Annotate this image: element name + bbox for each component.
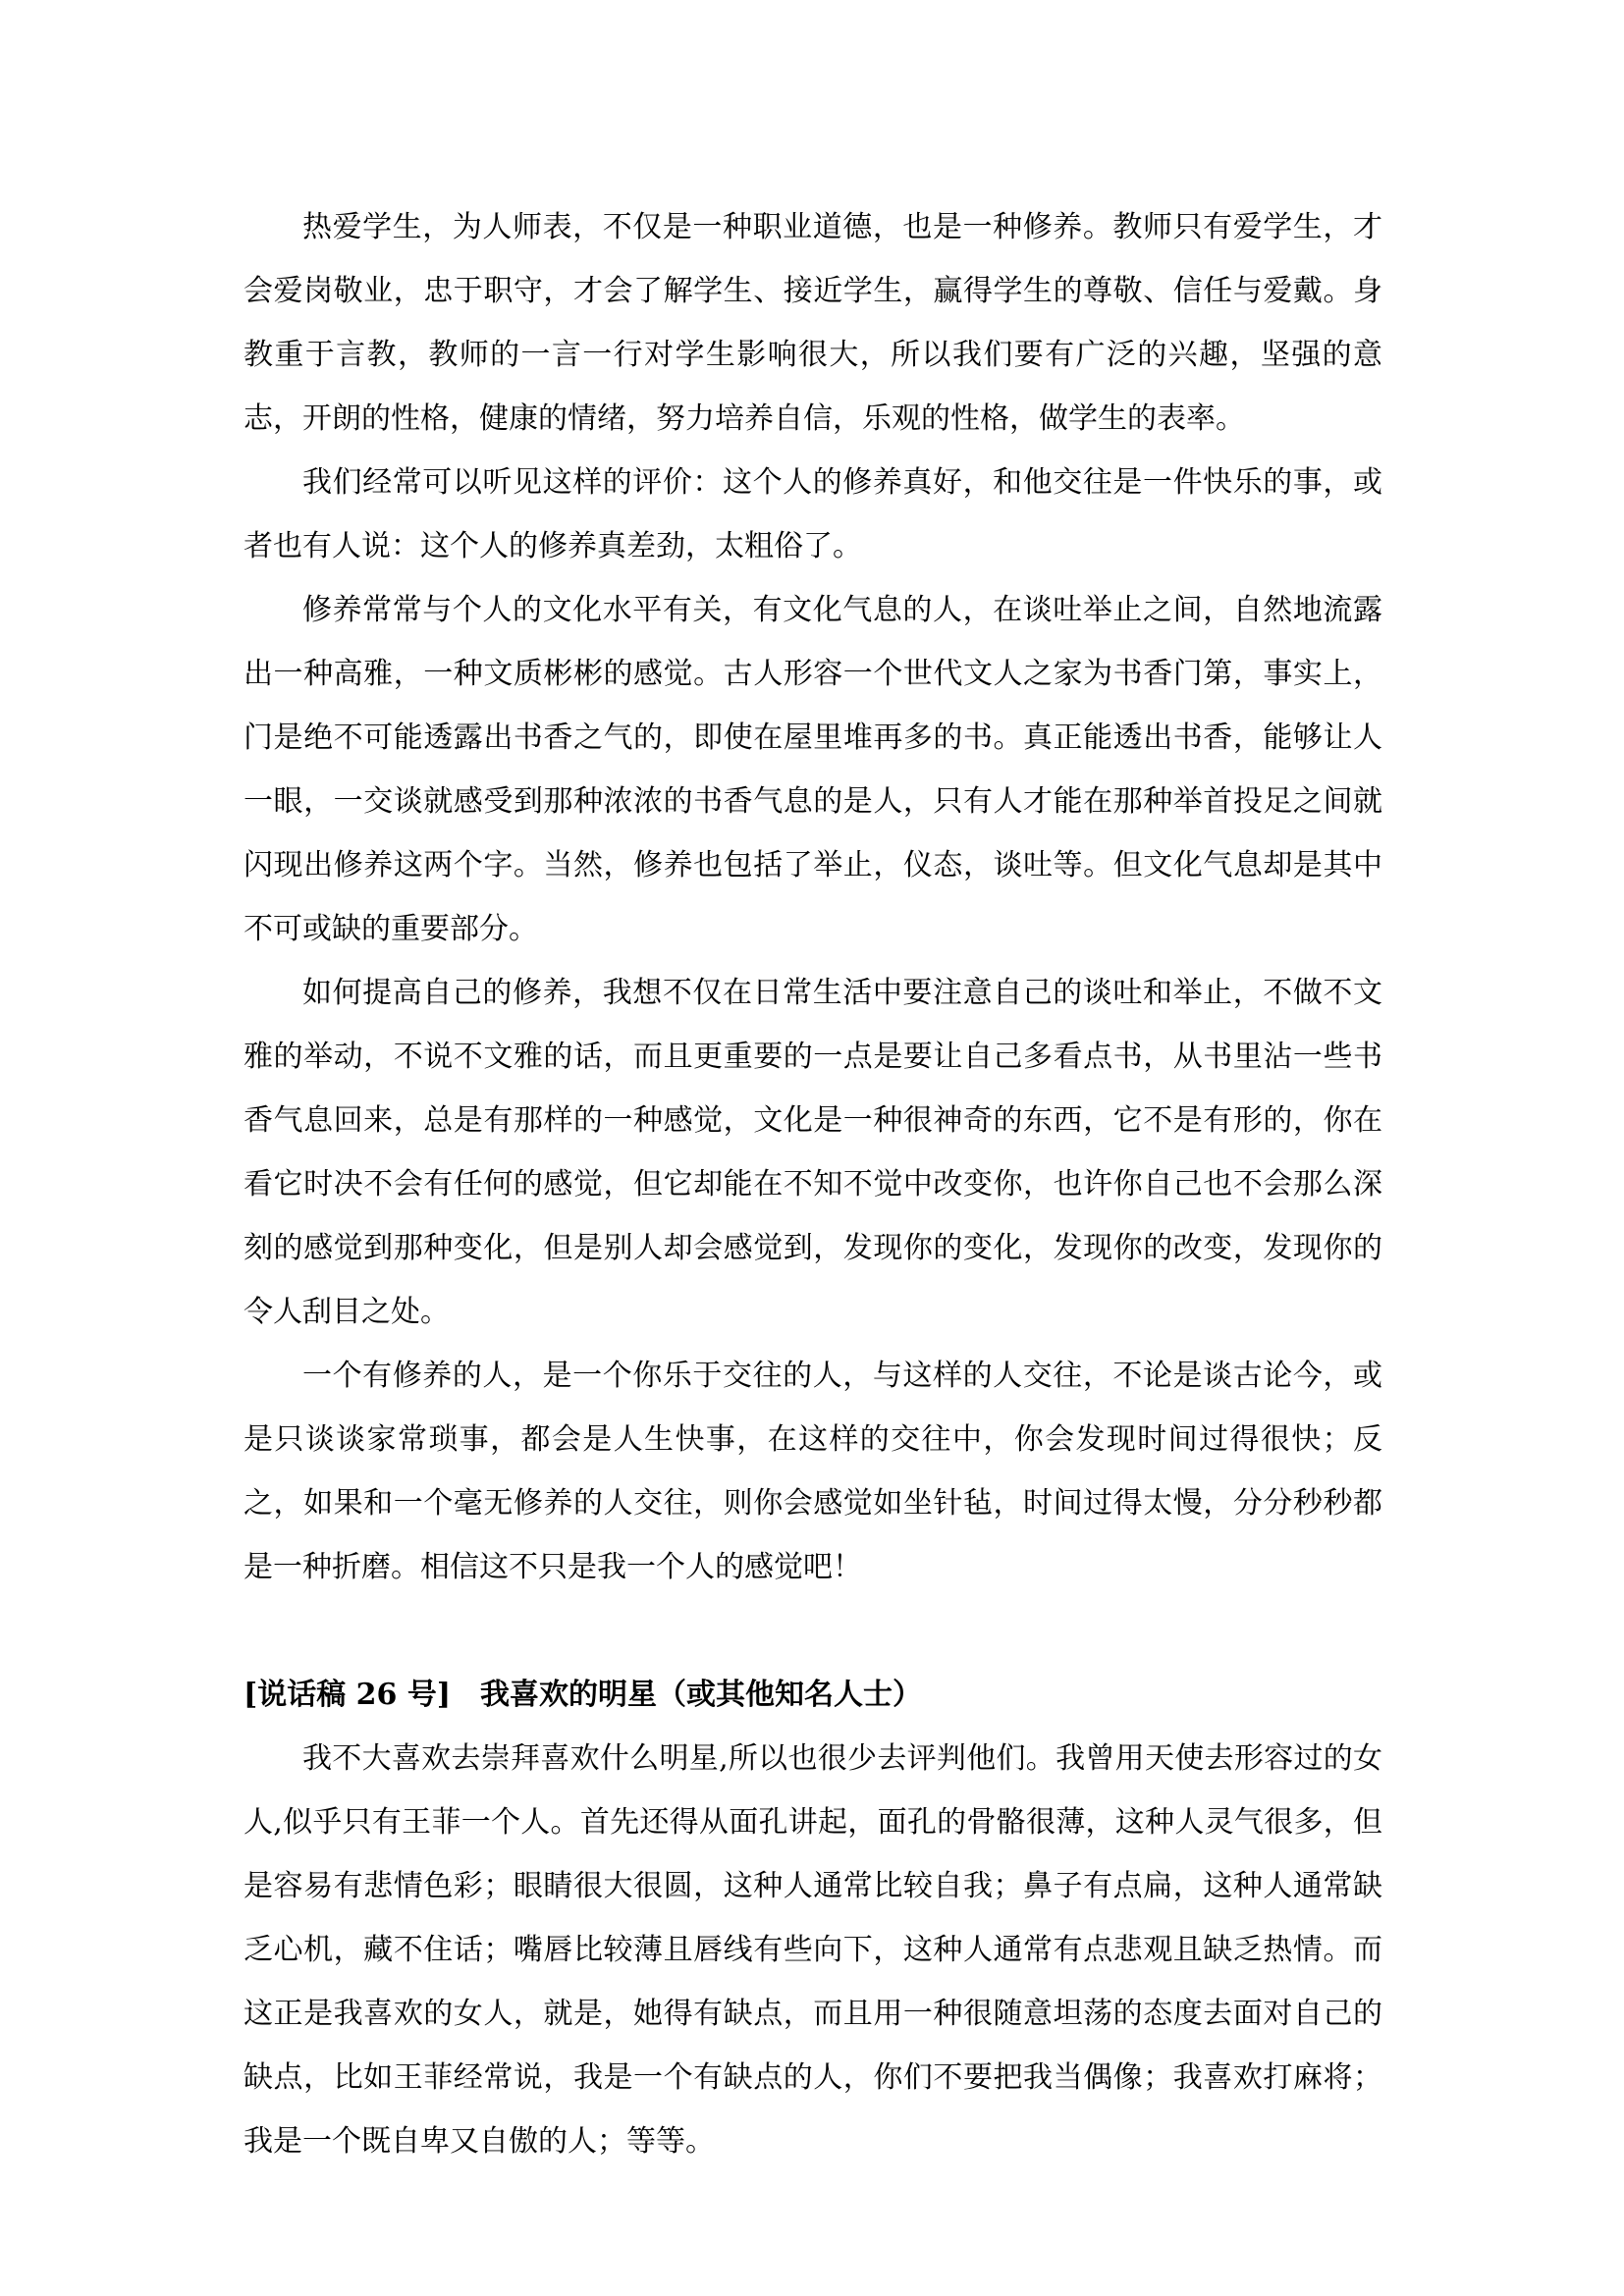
document-content: 热爱学生，为人师表，不仅是一种职业道德，也是一种修养。教师只有爱学生，才会爱岗敬… xyxy=(244,195,1382,2173)
paragraph-common-comments: 我们经常可以听见这样的评价：这个人的修养真好，和他交往是一件快乐的事，或者也有人… xyxy=(244,451,1382,578)
paragraph-cultivated-person: 一个有修养的人，是一个你乐于交往的人，与这样的人交往，不论是谈古论今，或是只谈谈… xyxy=(244,1344,1382,1599)
paragraph-cultivation-culture: 修养常常与个人的文化水平有关，有文化气息的人，在谈吐举止之间，自然地流露出一种高… xyxy=(244,578,1382,961)
paragraph-teacher-love-students: 热爱学生，为人师表，不仅是一种职业道德，也是一种修养。教师只有爱学生，才会爱岗敬… xyxy=(244,195,1382,451)
document-page: 热爱学生，为人师表，不仅是一种职业道德，也是一种修养。教师只有爱学生，才会爱岗敬… xyxy=(0,0,1624,2296)
paragraph-favorite-star: 我不大喜欢去崇拜喜欢什么明星,所以也很少去评判他们。我曾用天使去形容过的女人,似… xyxy=(244,1727,1382,2173)
section-heading-speech-26: [说话稿 26 号] 我喜欢的明星（或其他知名人士） xyxy=(244,1663,1382,1727)
paragraph-improve-cultivation: 如何提高自己的修养，我想不仅在日常生活中要注意自己的谈吐和举止，不做不文雅的举动… xyxy=(244,961,1382,1344)
